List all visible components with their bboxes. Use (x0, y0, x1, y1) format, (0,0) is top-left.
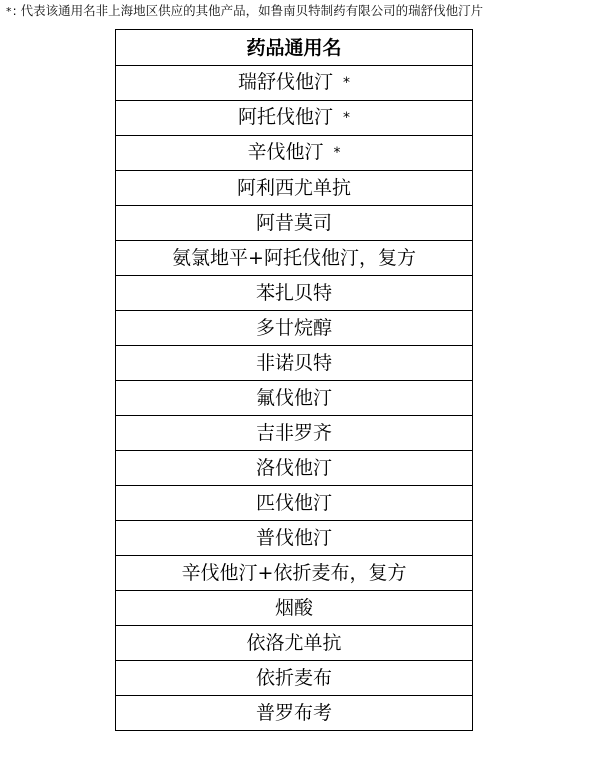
table-row: 洛伐他汀 (116, 451, 473, 486)
drug-name-cell: 阿托伐他汀* (116, 101, 473, 136)
drug-name-cell: 吉非罗齐 (116, 416, 473, 451)
table-row: 氟伐他汀 (116, 381, 473, 416)
drug-name-cell: 烟酸 (116, 591, 473, 626)
footnote-symbol: * (6, 5, 12, 18)
drug-name: 瑞舒伐他汀 (238, 71, 333, 93)
table-row: 阿利西尤单抗 (116, 171, 473, 206)
drug-name: 吉非罗齐 (256, 422, 332, 444)
table-row: 匹伐他汀 (116, 486, 473, 521)
drug-name-cell: 氨氯地平+阿托伐他汀，复方 (116, 241, 473, 276)
table-header-row: 药品通用名 (116, 30, 473, 66)
drug-name-cell: 依洛尤单抗 (116, 626, 473, 661)
drug-name: 氟伐他汀 (256, 387, 332, 409)
table-row: 依洛尤单抗 (116, 626, 473, 661)
table-row: 非诺贝特 (116, 346, 473, 381)
column-header-drug-name: 药品通用名 (116, 30, 473, 66)
drug-name: 非诺贝特 (256, 352, 332, 374)
drug-name-cell: 多廿烷醇 (116, 311, 473, 346)
drug-name-cell: 辛伐他汀+依折麦布，复方 (116, 556, 473, 591)
drug-name: 阿托伐他汀 (238, 106, 333, 128)
table-row: 瑞舒伐他汀* (116, 66, 473, 101)
drug-name: 烟酸 (275, 597, 313, 619)
table-row: 阿托伐他汀* (116, 101, 473, 136)
drug-name-cell: 非诺贝特 (116, 346, 473, 381)
table-row: 普罗布考 (116, 696, 473, 731)
drug-name-cell: 普罗布考 (116, 696, 473, 731)
drug-name: 辛伐他汀 (247, 141, 323, 163)
drug-name-cell: 瑞舒伐他汀* (116, 66, 473, 101)
table-row: 苯扎贝特 (116, 276, 473, 311)
drug-name: 多廿烷醇 (256, 317, 332, 339)
table-body: 瑞舒伐他汀*阿托伐他汀*辛伐他汀*阿利西尤单抗阿昔莫司氨氯地平+阿托伐他汀，复方… (116, 66, 473, 731)
drug-name-cell: 苯扎贝特 (116, 276, 473, 311)
table-row: 辛伐他汀* (116, 136, 473, 171)
non-local-supply-mark: * (334, 145, 341, 161)
drug-name-cell: 洛伐他汀 (116, 451, 473, 486)
drug-name-cell: 阿利西尤单抗 (116, 171, 473, 206)
drug-name-cell: 匹伐他汀 (116, 486, 473, 521)
drug-name: 普罗布考 (256, 702, 332, 724)
drug-name: 苯扎贝特 (256, 282, 332, 304)
footnote-text: : 代表该通用名非上海地区供应的其他产品，如鲁南贝特制药有限公司的瑞舒伐他汀片 (13, 3, 484, 18)
drug-name-cell: 依折麦布 (116, 661, 473, 696)
drug-name-cell: 辛伐他汀* (116, 136, 473, 171)
footnote: *: 代表该通用名非上海地区供应的其他产品，如鲁南贝特制药有限公司的瑞舒伐他汀片 (6, 3, 483, 20)
drug-name: 普伐他汀 (256, 527, 332, 549)
table-row: 吉非罗齐 (116, 416, 473, 451)
drug-name: 匹伐他汀 (256, 492, 332, 514)
drug-name: 氨氯地平+阿托伐他汀，复方 (172, 247, 416, 269)
table-row: 辛伐他汀+依折麦布，复方 (116, 556, 473, 591)
drug-name-cell: 阿昔莫司 (116, 206, 473, 241)
drug-name: 阿昔莫司 (256, 212, 332, 234)
non-local-supply-mark: * (343, 110, 350, 126)
drug-name: 阿利西尤单抗 (237, 177, 351, 199)
table-row: 阿昔莫司 (116, 206, 473, 241)
table-row: 普伐他汀 (116, 521, 473, 556)
table-row: 烟酸 (116, 591, 473, 626)
drug-name: 辛伐他汀+依折麦布，复方 (182, 562, 407, 584)
drug-name-table: 药品通用名 瑞舒伐他汀*阿托伐他汀*辛伐他汀*阿利西尤单抗阿昔莫司氨氯地平+阿托… (115, 29, 473, 731)
non-local-supply-mark: * (343, 75, 350, 91)
table-row: 多廿烷醇 (116, 311, 473, 346)
drug-name-cell: 普伐他汀 (116, 521, 473, 556)
table-row: 依折麦布 (116, 661, 473, 696)
table-row: 氨氯地平+阿托伐他汀，复方 (116, 241, 473, 276)
drug-name: 依折麦布 (256, 667, 332, 689)
drug-name: 依洛尤单抗 (246, 632, 341, 654)
drug-name-cell: 氟伐他汀 (116, 381, 473, 416)
drug-name: 洛伐他汀 (256, 457, 332, 479)
